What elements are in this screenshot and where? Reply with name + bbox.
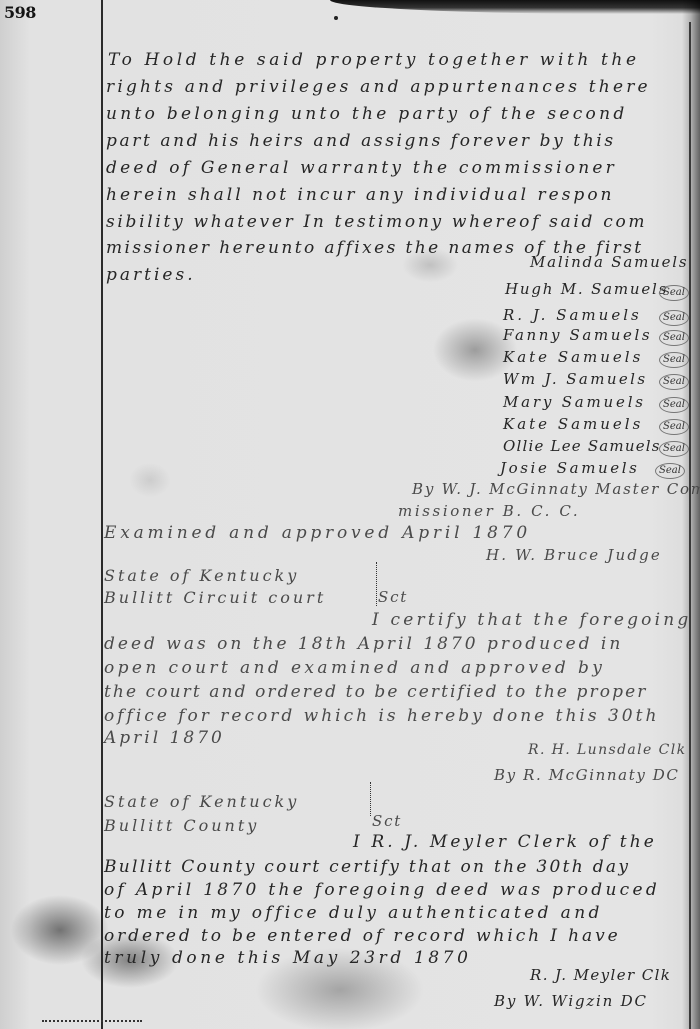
text-line: open court and examined and approved by <box>104 658 605 678</box>
commissioner-title: missioner B. C. C. <box>398 502 580 520</box>
venue-court: Bullitt Circuit court <box>104 588 326 607</box>
signatory-name: Kate Samuels <box>503 415 643 433</box>
venue-state: State of Kentucky <box>104 792 299 811</box>
text-line: parties. <box>106 265 196 285</box>
text-line: To Hold the said property together with … <box>108 50 640 70</box>
signatory-name: Ollie Lee Samuels <box>503 437 661 455</box>
ledger-page: 598 To Hold the said property together w… <box>0 0 700 1029</box>
venue-brace <box>362 782 371 816</box>
text-line: herein shall not incur any individual re… <box>106 185 615 205</box>
text-line: sibility whatever In testimony whereof s… <box>106 212 647 232</box>
clerk-signature: R. J. Meyler Clk <box>530 966 671 984</box>
seal-mark: Seal <box>659 441 689 457</box>
venue-suffix: Sct <box>372 812 402 830</box>
text-line: I R. J. Meyler Clerk of the <box>353 832 657 852</box>
signatory-name: Kate Samuels <box>503 348 643 366</box>
text-line: ordered to be entered of record which I … <box>104 926 621 946</box>
text-line: I certify that the foregoing <box>372 610 692 630</box>
margin-rule-right <box>689 22 691 1029</box>
page-edge-shadow <box>330 0 700 14</box>
signatory-name: Josie Samuels <box>500 459 639 477</box>
margin-rule-left <box>101 0 103 1029</box>
seal-mark: Seal <box>659 397 689 413</box>
text-line: truly done this May 23rd 1870 <box>104 948 472 968</box>
venue-brace <box>368 562 377 606</box>
text-line: to me in my office duly authenticated an… <box>104 903 603 923</box>
approval-statement: Examined and approved April 1870 <box>104 523 531 543</box>
text-line: April 1870 <box>104 728 225 748</box>
seal-mark: Seal <box>659 330 689 346</box>
venue-state: State of Kentucky <box>104 566 299 585</box>
text-line: part and his heirs and assigns forever b… <box>106 131 616 151</box>
page-number: 598 <box>4 3 36 22</box>
seal-mark: Seal <box>659 374 689 390</box>
text-line: of April 1870 the foregoing deed was pro… <box>104 880 660 900</box>
text-line: deed of General warranty the commissione… <box>106 158 617 178</box>
signatory-name: R. J. Samuels <box>503 306 642 324</box>
ink-dot <box>334 16 338 20</box>
deputy-clerk-signature: By W. Wigzin DC <box>494 992 648 1010</box>
commissioner-signature: By W. J. McGinnaty Master Com <box>412 480 700 498</box>
signatory-name: Malinda Samuels <box>530 253 688 271</box>
signatory-name: Hugh M. Samuels <box>505 280 668 298</box>
text-line: the court and ordered to be certified to… <box>104 682 647 702</box>
closing-flourish <box>42 1014 142 1022</box>
seal-mark: Seal <box>659 352 689 368</box>
text-line: office for record which is hereby done t… <box>104 706 659 726</box>
seal-mark: Seal <box>659 285 689 301</box>
judge-signature: H. W. Bruce Judge <box>486 546 662 564</box>
text-line: unto belonging unto the party of the sec… <box>106 104 628 124</box>
signatory-name: Wm J. Samuels <box>503 370 647 388</box>
text-line: Bullitt County court certify that on the… <box>104 857 630 877</box>
seal-mark: Seal <box>655 463 685 479</box>
text-line: rights and privileges and appurtenances … <box>106 77 651 97</box>
seal-mark: Seal <box>659 310 689 326</box>
signatory-name: Fanny Samuels <box>503 326 652 344</box>
signatory-name: Mary Samuels <box>503 393 646 411</box>
venue-suffix: Sct <box>378 588 408 606</box>
text-line: deed was on the 18th April 1870 produced… <box>104 634 623 654</box>
binding-shadow <box>682 0 700 1029</box>
deputy-clerk-signature: By R. McGinnaty DC <box>494 766 679 784</box>
clerk-signature: R. H. Lunsdale Clk <box>528 742 686 758</box>
venue-county: Bullitt County <box>104 816 259 835</box>
seal-mark: Seal <box>659 419 689 435</box>
